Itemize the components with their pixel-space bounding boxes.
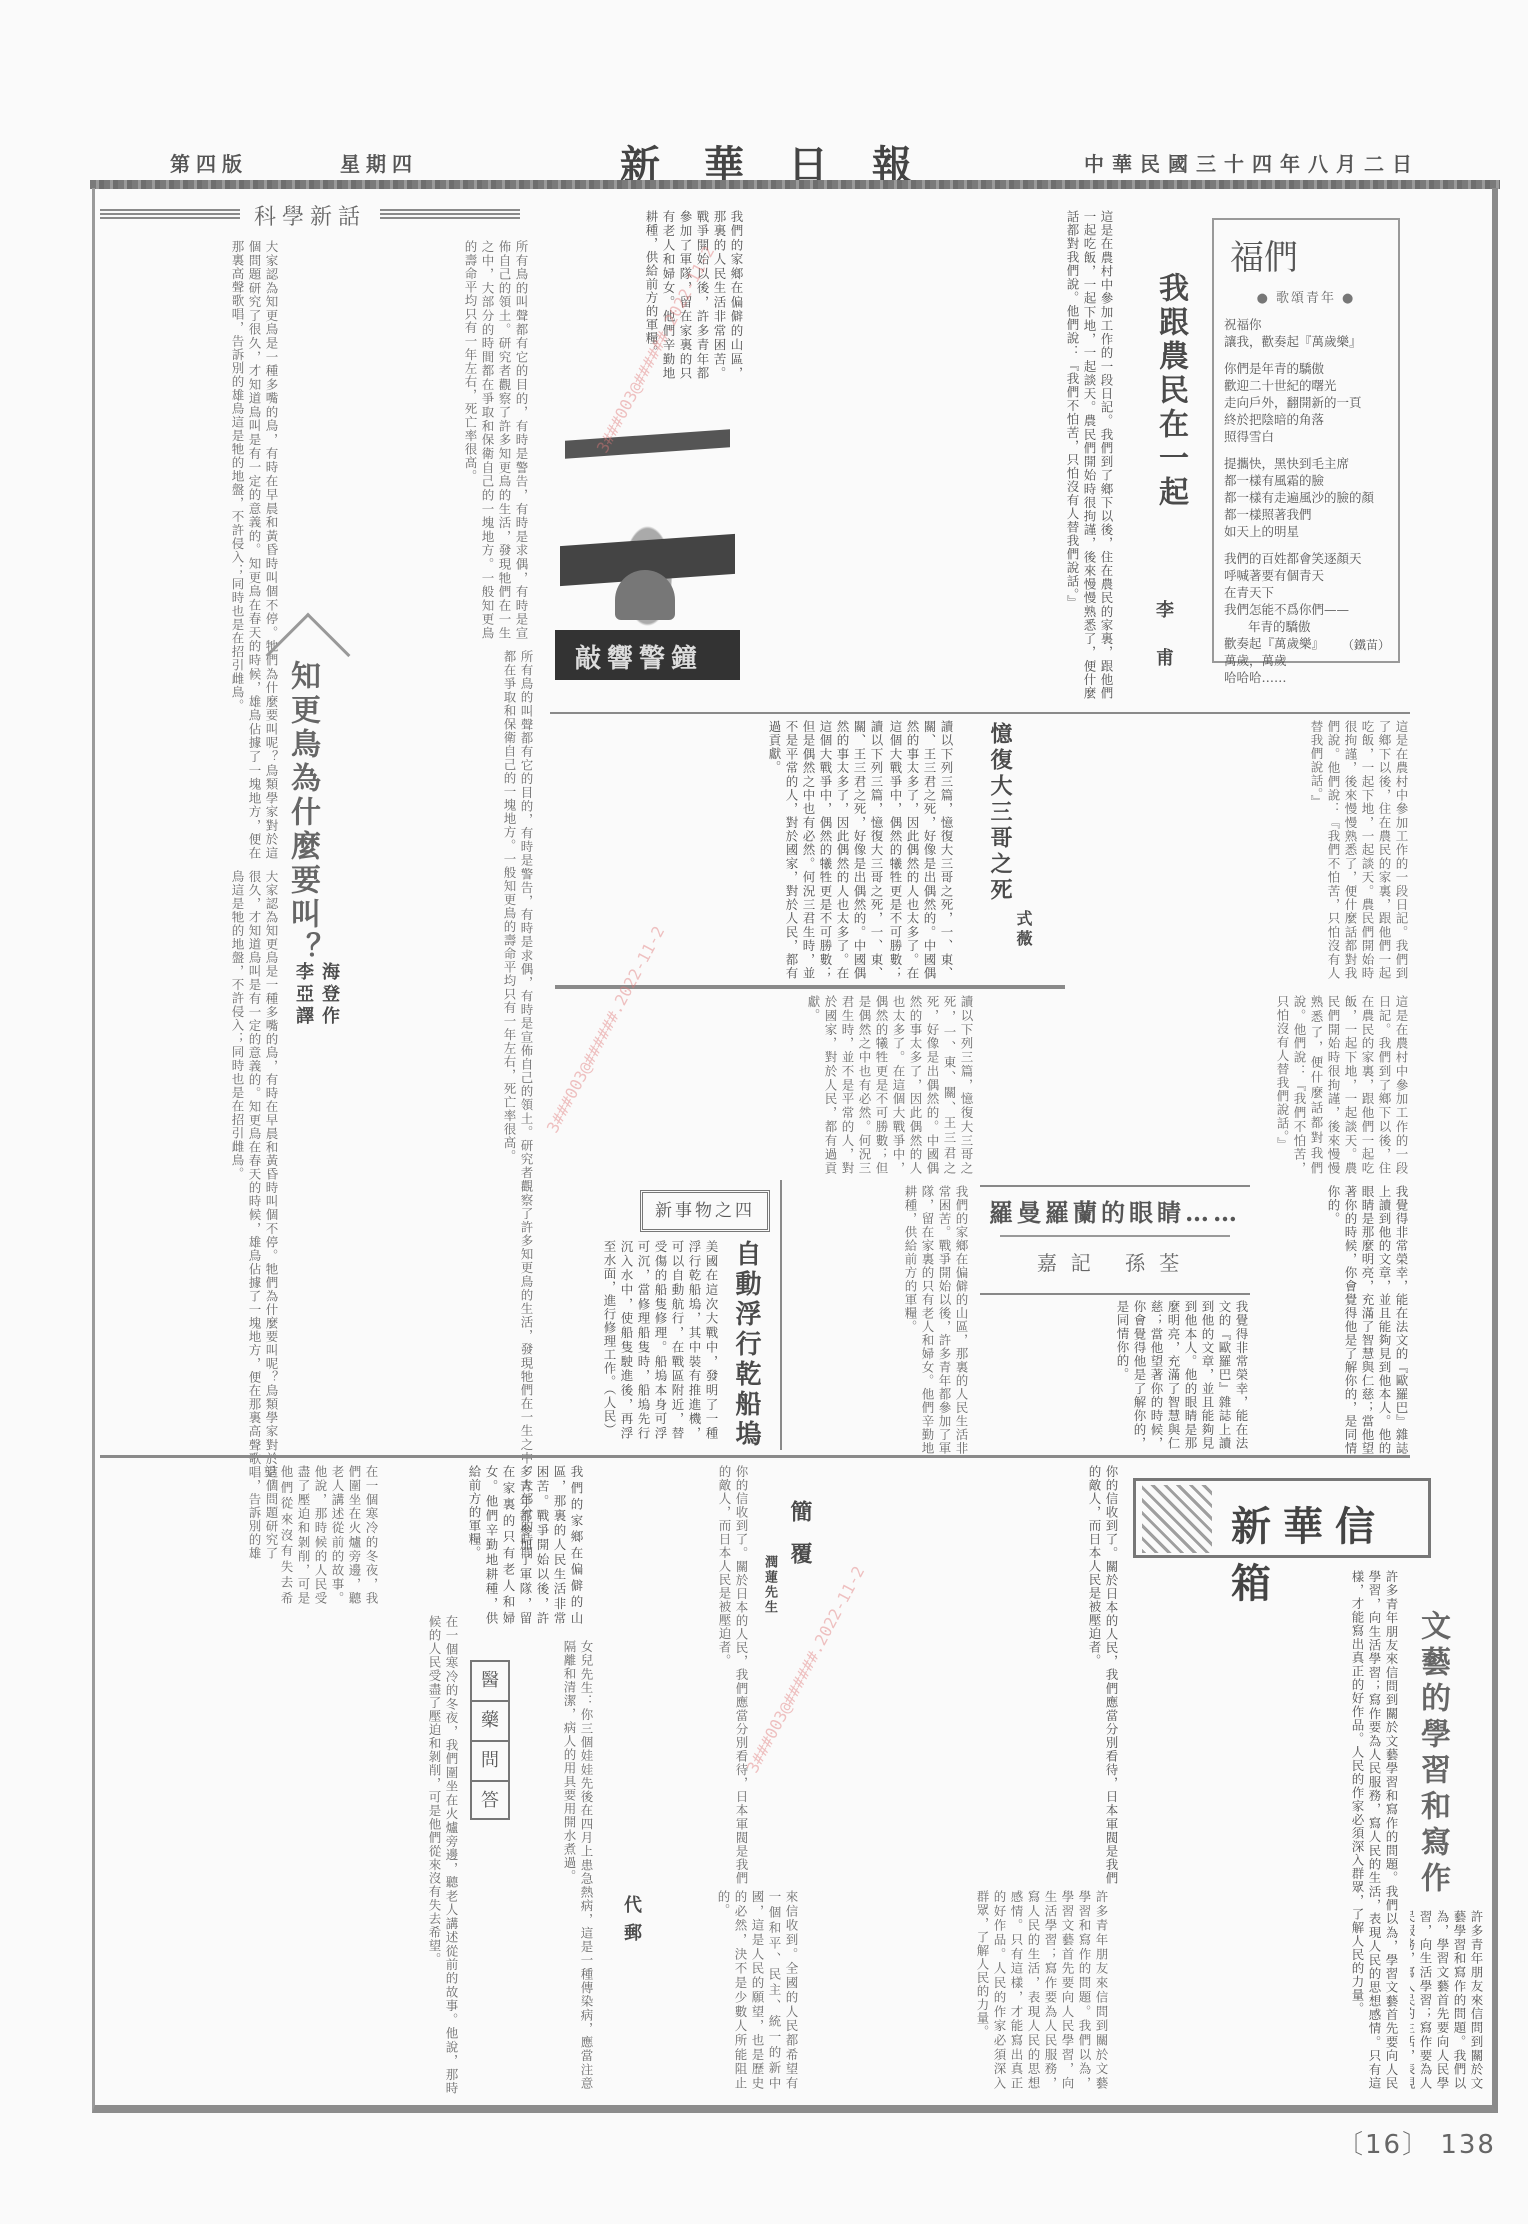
poem-line: 都一樣照著我們 <box>1224 506 1388 523</box>
poem-line: 哈哈哈…… <box>1224 669 1388 686</box>
banner-decoration <box>380 209 520 221</box>
xinhua-mailbox-banner: 新華信箱 <box>1133 1478 1431 1558</box>
poem-line: 你們是年青的驕傲 <box>1224 360 1388 377</box>
medical-qa-text: 女兒先生：你三個娃娃先後在四月上患急熱病，這是一種傳染病，應當注意隔離和清潔，病… <box>515 1640 595 2090</box>
science-text-left: 大家認為知更鳥是一種多嘴的鳥，有時在早晨和黃昏時叫個不停。牠們為什麼要叫呢？鳥類… <box>100 240 280 860</box>
edition-label: 第四版 <box>170 148 248 177</box>
romain-rolland-heading: 羅曼羅蘭的眼睛…… 嘉記 孫荃 <box>980 1185 1250 1295</box>
poem-title-text: 福們 <box>1230 230 1298 279</box>
brief-reply-text: 你的信收到了。關於日本的人民，我們應當分別看待，日本軍閥是我們的敵人，而日本人民… <box>600 1465 750 1885</box>
farmer-article-continued: 這是在農村中參加工作的一段日記。我們到了鄉下以後，住在農民的家裏，跟他們一起吃飯… <box>1040 720 1410 980</box>
banner-decoration <box>100 209 240 221</box>
medical-qa-label: 醫 藥 問 答 <box>470 1660 510 1820</box>
science-banner: 科學新話 <box>100 200 520 230</box>
issue-date: 中華民國三十四年八月二日 <box>1084 148 1420 177</box>
poem-line: 我們怎能不爲你們—— <box>1224 601 1388 618</box>
poem-line: 都一樣有風霜的臉 <box>1224 472 1388 489</box>
medical-qa-char: 答 <box>472 1782 508 1820</box>
romain-text: 我覺得非常榮幸，能在法文的『歐羅巴』雜誌上讀到他的文章，並且能夠見到他本人。他的… <box>980 1300 1250 1450</box>
mailbox-text: 許多青年朋友來信問到關於文藝學習和寫作的問題。我們以為，學習文藝首先要向人民學習… <box>1130 1570 1400 2090</box>
poem-line: 照得雪白 <box>1224 428 1388 445</box>
woodcut-illustration: 敲響警鐘 <box>555 390 740 700</box>
memorial-article-author: 式薇 <box>1012 910 1035 950</box>
poem-box: 福們 歌頌青年 祝福你 讓我，歡奏起『萬歲樂』 你們是年青的驕傲 歡迎二十世紀的… <box>1212 218 1400 663</box>
science-banner-title: 科學新話 <box>254 200 366 231</box>
poem-line: 祝福你 <box>1224 316 1388 333</box>
poem-line: 都一樣有走遍風沙的臉的顏 <box>1224 489 1388 506</box>
poem-stanza: 祝福你 讓我，歡奏起『萬歲樂』 <box>1224 316 1388 350</box>
new-things-label: 新事物之四 <box>640 1190 770 1232</box>
mailbox-article-title: 文藝的學習和寫作 <box>1410 1610 1454 1898</box>
poem-title: 福們 <box>1224 230 1388 279</box>
medical-qa-char: 醫 <box>472 1662 508 1702</box>
romain-title: 羅曼羅蘭的眼睛…… <box>980 1193 1250 1228</box>
robin-article-title: 知更鳥為什麼要叫？ <box>285 660 319 966</box>
envelope-ornament-icon <box>1142 1485 1212 1553</box>
farmer-article-author: 李甫 <box>1150 600 1176 696</box>
woodcut-stroke <box>565 429 730 459</box>
poem-line: 歡迎二十世紀的曙光 <box>1224 377 1388 394</box>
robin-byline: 李亞譯 海登作 <box>293 962 339 1028</box>
farmer-text-continued: 這是在農村中參加工作的一段日記。我們到了鄉下以後，住在農民的家裏，跟他們一起吃飯… <box>985 995 1410 1175</box>
new-things-title: 自動浮行乾船塢 <box>728 1240 765 1450</box>
poem-stanza: 我們的百姓都會笑逐顏天 呼喊著要有個青天 在青天下 我們怎能不爲你們—— 年青的… <box>1224 550 1388 686</box>
bottom-left-text-top: 在一個寒冷的冬夜，我們圍坐在火爐旁邊，聽老人講述從前的故事。他說，那時候的人民受… <box>100 1465 380 1605</box>
bottom-left-text: 在一個寒冷的冬夜，我們圍坐在火爐旁邊，聽老人講述從前的故事。他說，那時候的人民受… <box>100 1615 460 2095</box>
romain-text-right: 我覺得非常榮幸，能在法文的『歐羅巴』雜誌上讀到他的文章，並且能夠見到他本人。他的… <box>1255 1185 1410 1455</box>
middle-text-lower: 我們的家鄉在偏僻的山區，那裏的人民生活非常困苦。戰爭開始以後，許多青年都參加了軍… <box>790 1185 970 1455</box>
farmer-article-text: 這是在農村中參加工作的一段日記。我們到了鄉下以後，住在農民的家裏，跟他們一起吃飯… <box>755 210 1115 700</box>
romain-byline: 嘉記 孫荃 <box>980 1247 1250 1276</box>
science-text-right: 所有鳥的叫聲都有它的目的，有時是警告，有時是求偶，有時是宣佈自己的領土。研究者觀… <box>330 240 530 640</box>
weekday-label: 星期四 <box>340 148 418 177</box>
memorial-text-intro: 讀以下列三篇，憶復大三哥之死，一、東、關、王三君之死，好像是出偶然的。中國偶然的… <box>885 720 955 980</box>
poem-line: 走向戶外，翻開新的一頁 <box>1224 394 1388 411</box>
medical-qa-char: 問 <box>472 1742 508 1782</box>
divider <box>100 1455 1410 1458</box>
brief-reply-body: 你的信收到了。關於日本的人民，我們應當分別看待，日本軍閥是我們的敵人，而日本人民… <box>810 1465 1120 1885</box>
poem-line: 如天上的明星 <box>1224 523 1388 540</box>
poem-line: 終於把陰暗的角落 <box>1224 411 1388 428</box>
poem-line: 在青天下 <box>1224 584 1388 601</box>
masthead: 第四版 星期四 新華日報 中華民國三十四年八月二日 <box>100 140 1440 180</box>
bottom-middle-text: 我們的家鄉在偏僻的山區，那裏的人民生活非常困苦。戰爭開始以後，許多青年都參加了軍… <box>385 1465 585 1625</box>
divider <box>1000 1235 1230 1237</box>
bottom-center-text: 許多青年朋友來信問到關於文藝學習和寫作的問題。我們以為，學習文藝首先要向人民學習… <box>810 1890 1110 2090</box>
poem-signature: （鐵苗） <box>1342 636 1390 653</box>
divider <box>550 712 1410 714</box>
proxy-post-text: 來信收到。全國的人民都希望有一個和平、民主、統一的新中國，這是人民的願望，也是歷… <box>640 1890 800 2090</box>
poem-stanza: 提攜快，黑快到毛主席 都一樣有風霜的臉 都一樣有走遍風沙的臉的顏 都一樣照著我們… <box>1224 455 1388 540</box>
poem-line: 讓我，歡奏起『萬歲樂』 <box>1224 333 1388 350</box>
poem-line: 提攜快，黑快到毛主席 <box>1224 455 1388 472</box>
farmer-article-title: 我跟農民在一起 <box>1148 272 1192 510</box>
poem-stanza: 你們是年青的驕傲 歡迎二十世紀的曙光 走向戶外，翻開新的一頁 終於把陰暗的角落 … <box>1224 360 1388 445</box>
poem-line: 呼喊著要有個青天 <box>1224 567 1388 584</box>
memorial-article-title: 憶復大三哥之死 <box>985 722 1016 904</box>
poem-line: 萬歲，萬歲 <box>1224 652 1388 669</box>
memorial-text-left: 讀以下列三篇，憶復大三哥之死，一、東、關、王三君之死，好像是出偶然的。中國偶然的… <box>555 720 885 980</box>
mailbox-text-right: 許多青年朋友來信問到關於文藝學習和寫作的問題。我們以為，學習文藝首先要向人民學習… <box>1410 1910 1485 2090</box>
author: 海登作 <box>319 962 339 1028</box>
translator: 李亞譯 <box>293 962 313 1028</box>
poem-line: 年青的驕傲 <box>1224 618 1388 635</box>
new-things-text: 美國在這次大戰中，發明了一種浮行乾船塢，其中裝有推進機，可以自動航行，在戰區附近… <box>560 1240 720 1440</box>
page-marker: 〔16〕 138 <box>1337 2124 1496 2161</box>
medical-qa-char: 藥 <box>472 1702 508 1742</box>
science-text-right-lower: 所有鳥的叫聲都有它的目的，有時是警告，有時是求偶，有時是宣佈自己的領土。研究者觀… <box>345 650 535 1560</box>
woodcut-caption: 敲響警鐘 <box>575 638 703 675</box>
brief-reply-addressee: 潤蓮先生 <box>760 1555 779 1615</box>
poem-line: 我們的百姓都會笑逐顏天 <box>1224 550 1388 567</box>
divider <box>780 1180 782 1450</box>
poem-subtitle: 歌頌青年 <box>1224 287 1388 306</box>
